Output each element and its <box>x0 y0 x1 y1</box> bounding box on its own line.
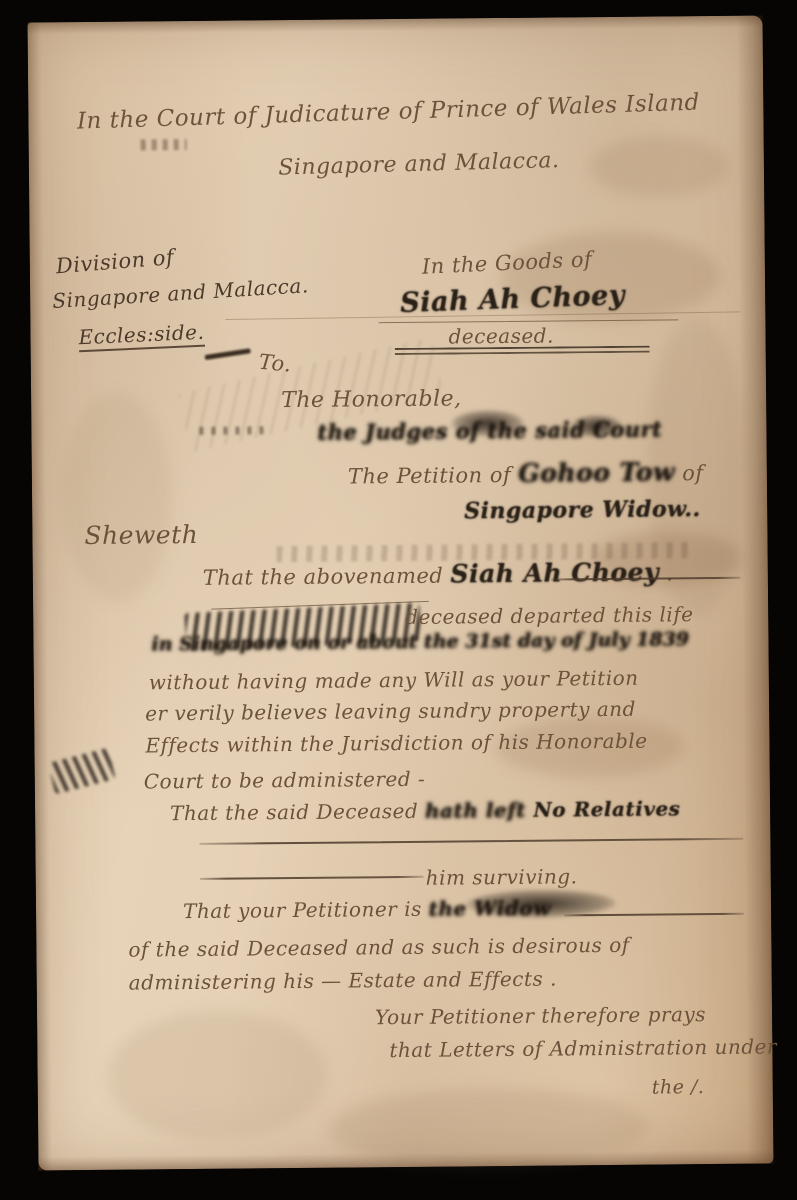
deceased-label: deceased. <box>448 324 554 349</box>
petitioner-name: Gohoo Tow <box>518 457 675 488</box>
paper-stain <box>61 391 173 602</box>
ruled-line <box>200 876 424 880</box>
ruled-line <box>199 838 743 845</box>
paper-edge-top <box>28 15 763 34</box>
petitioner-descriptor: Singapore Widow.. <box>464 496 701 524</box>
ink-offset-mark <box>141 139 187 150</box>
petition-suffix: of <box>675 461 704 485</box>
verily-line: er verily believes leaving sundry proper… <box>145 697 636 726</box>
para2-line: That the said Deceased hath left No Rela… <box>170 796 681 825</box>
prayer-line-1: Your Petitioner therefore prays <box>375 1002 706 1029</box>
eccles-side-label: Eccles:side. <box>78 320 205 353</box>
para1-tail: . <box>659 561 674 585</box>
paper-edge-left <box>28 22 53 1170</box>
sheweth-heading: Sheweth <box>84 520 198 550</box>
ofsaid-line: of the said Deceased and as such is desi… <box>128 933 629 962</box>
division-line-1: Division of <box>55 245 175 278</box>
para1-line: That the abovenamed Siah Ah Choey . <box>203 557 674 591</box>
para1b-line: deceased departed this life <box>405 602 694 629</box>
catchword: the /. <box>652 1076 705 1099</box>
para3-lead: That your Petitioner is <box>183 897 429 923</box>
para2-lead: That the said Deceased <box>170 799 425 825</box>
court-line: Court to be administered - <box>144 767 426 794</box>
to-label: To. <box>258 350 293 377</box>
administering-line: administering his — Estate and Effects . <box>129 967 557 995</box>
paper-stain <box>107 1010 328 1142</box>
header-line-2: Singapore and Malacca. <box>209 146 630 182</box>
petition-line: The Petition of Gohoo Tow of <box>348 457 704 489</box>
surviving-line: him surviving. <box>426 864 578 889</box>
para2-norelatives: No Relatives <box>533 796 680 821</box>
honorable-line: The Honorable, <box>281 386 462 413</box>
petition-prefix: The Petition of <box>348 463 519 489</box>
prayer-line-2: that Letters of Administration under <box>389 1034 777 1062</box>
division-line-2: Singapore and Malacca. <box>52 273 310 313</box>
para1-lead: That the abovenamed <box>203 564 451 590</box>
effects-line: Effects within the Jurisdiction of his H… <box>145 729 647 758</box>
para1-name: Siah Ah Choey <box>450 558 659 589</box>
will-line: without having made any Will as your Pet… <box>149 666 639 695</box>
ink-dash-mark <box>205 348 251 360</box>
header-line-1: In the Court of Judicature of Prince of … <box>58 89 718 135</box>
paper-edge-right <box>736 15 773 1163</box>
document-page: In the Court of Judicature of Prince of … <box>28 15 774 1170</box>
date-line: in Singapore on or about the 31st day of… <box>151 628 689 655</box>
ink-offset-dots <box>199 426 269 435</box>
margin-ink-smudge <box>48 748 116 795</box>
para2-hathleft: hath left <box>425 798 534 823</box>
ruled-line <box>378 319 678 323</box>
